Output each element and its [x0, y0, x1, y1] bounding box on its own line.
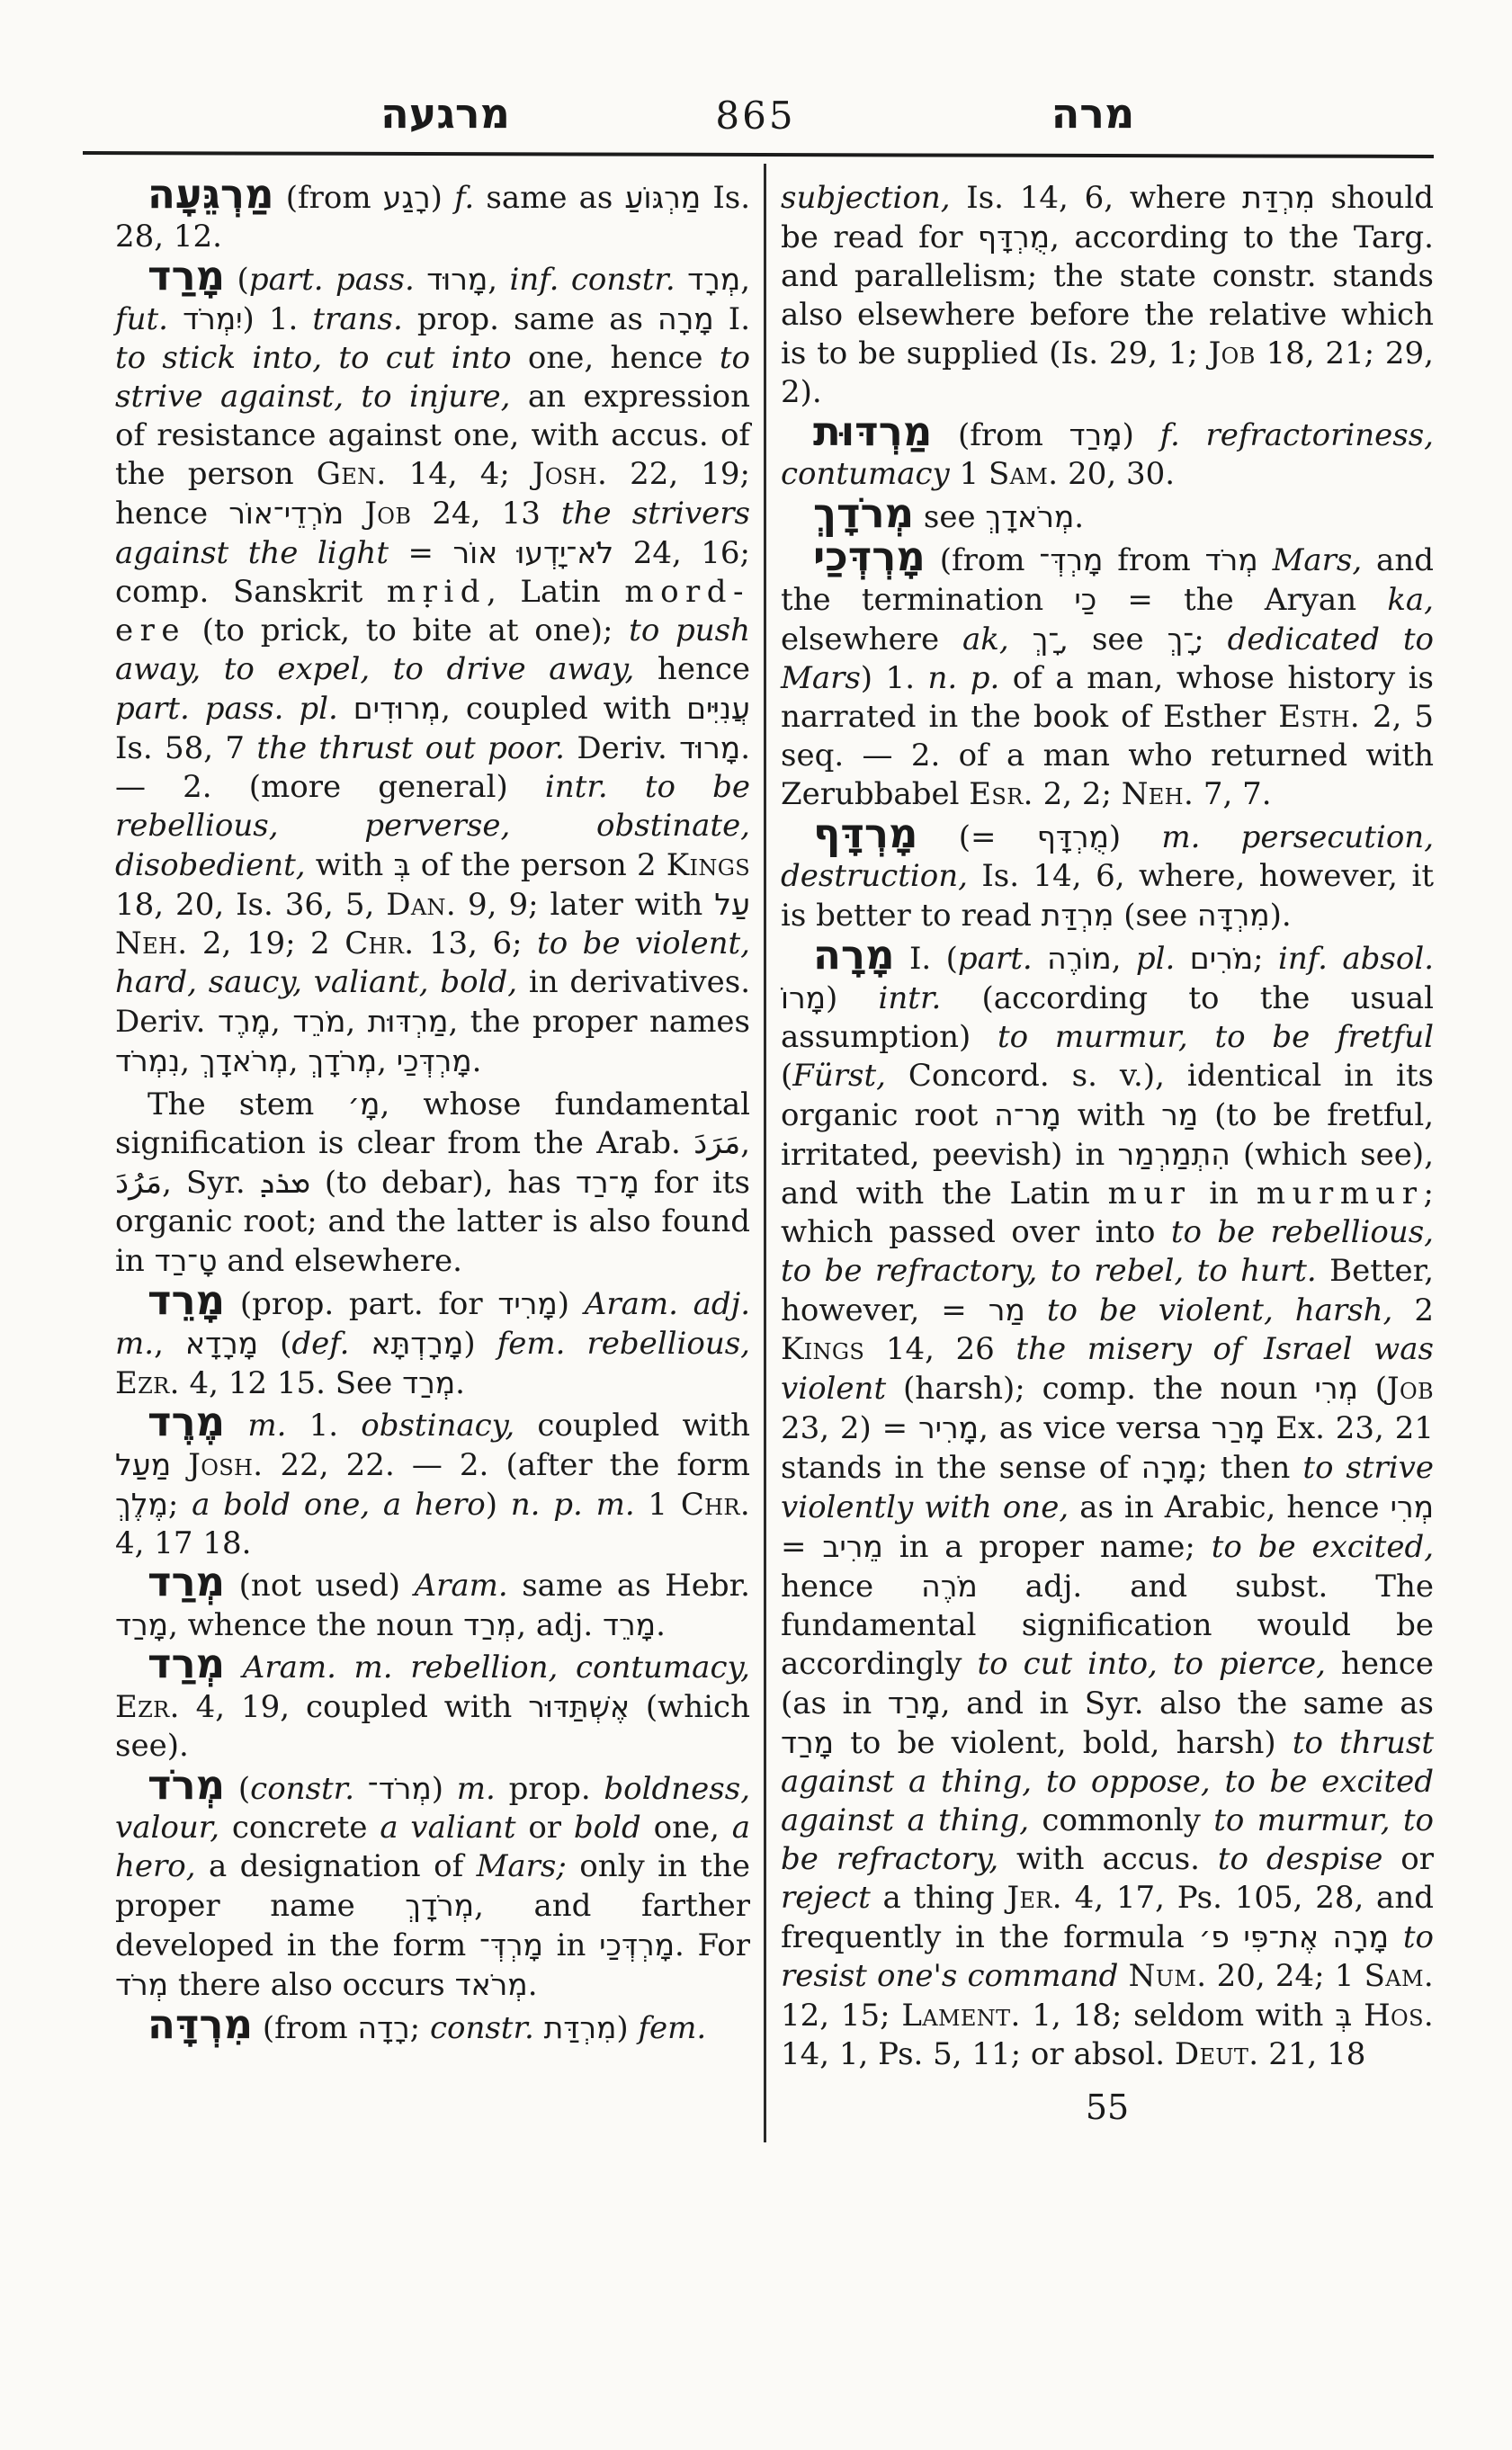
text-run: , as vice versa: [979, 1410, 1212, 1446]
left-column: מַרְגֵּעָה (from רָגַע) f. same as מַרְג…: [115, 178, 750, 2048]
header-catchword-right: מרה: [971, 90, 1214, 137]
text-run: , the proper names: [448, 1004, 750, 1040]
text-run: 1.: [286, 1408, 361, 1444]
text-run: ,: [180, 1043, 200, 1079]
hebrew-text: מֹרִים: [1190, 941, 1253, 976]
text-run: ): [1123, 417, 1160, 453]
headword-hebrew: מְרַד: [148, 1640, 225, 1687]
headword-hebrew: מַרְדּוּת: [813, 407, 932, 455]
hebrew-text: רָגַע: [383, 180, 431, 215]
spaced-text: mṛid: [387, 574, 487, 610]
text-run: 2, 2;: [1033, 776, 1122, 812]
text-run: , see: [1059, 621, 1167, 657]
text-run: ,: [154, 1326, 185, 1362]
text-run: , adj.: [516, 1607, 603, 1643]
hebrew-text: מְרֹאד: [455, 1967, 528, 2002]
right-column-text: subjection, Is. 14, 6, where מִרְדַּת sh…: [781, 178, 1434, 2074]
text-run: ): [432, 1771, 457, 1807]
entry-merad-aram-noun: מְרַד Aram. m. rebellion, contumacy, Ezr…: [115, 1649, 750, 1766]
spaced-text: mur: [1108, 1176, 1192, 1212]
text-run: ;: [1253, 941, 1278, 977]
italic-text: to despise: [1218, 1841, 1383, 1877]
italic-text: the thrust out poor.: [256, 730, 565, 766]
italic-text: Mars,: [1273, 542, 1363, 578]
text-run: commonly: [1029, 1802, 1213, 1838]
text-run: (from: [274, 180, 383, 216]
italic-text: reject: [781, 1880, 871, 1916]
hebrew-text: טָ־רַד: [155, 1243, 218, 1278]
text-run: 13, 6;: [414, 925, 537, 961]
text-run: (harsh); comp. the noun: [886, 1371, 1314, 1407]
text-run: (: [225, 262, 249, 298]
scripture-reference: Neh.: [115, 925, 187, 961]
text-run: from: [1103, 542, 1204, 578]
text-run: elsewhere: [781, 621, 962, 657]
text-run: same as: [474, 180, 624, 216]
text-run: hence: [781, 1569, 921, 1605]
italic-text: bold: [574, 1810, 641, 1846]
hebrew-text: הִתְמַרְמַר: [1118, 1137, 1230, 1172]
text-run: ) 1.: [243, 301, 313, 337]
hebrew-text: מִרְדַּת: [1242, 180, 1315, 215]
dictionary-page: מרגעה 865 מרה מַרְגֵּעָה (from רָגַע) f.…: [0, 0, 1512, 2450]
italic-text: subjection,: [781, 180, 951, 216]
italic-text: intr.: [879, 980, 942, 1016]
entry-marad-verb: מָרַד (part. pass. מָרוּד, inf. constr. …: [115, 260, 750, 1081]
text-run: in: [543, 1927, 599, 1963]
text-run: [675, 262, 687, 298]
text-run: [344, 496, 364, 532]
text-run: , coupled with: [441, 691, 686, 727]
italic-text: m.: [247, 1408, 286, 1444]
right-column: subjection, Is. 14, 6, where מִרְדַּת sh…: [781, 178, 1434, 2127]
text-run: or: [1382, 1841, 1434, 1877]
text-run: [1118, 1958, 1128, 1994]
hebrew-text: מָרַר: [1212, 1410, 1266, 1445]
text-run: ): [826, 980, 878, 1016]
entry-merod: מְרֹד (constr. מְרֹד־) m. prop. boldness…: [115, 1769, 750, 2005]
hebrew-text: מַר: [989, 1292, 1025, 1328]
text-run: 1: [635, 1487, 681, 1523]
text-run: 14, 26: [864, 1331, 1015, 1367]
italic-text: fem. rebellious,: [497, 1326, 750, 1362]
text-run: 2, 19; 2: [187, 925, 344, 961]
text-run: .: [528, 1967, 538, 2003]
text-run: to be violent, bold, harsh): [834, 1725, 1293, 1761]
hebrew-text: בְּ: [1335, 1998, 1352, 2033]
text-run: =: [781, 1529, 822, 1565]
text-run: [1175, 941, 1189, 977]
page-number: 865: [657, 94, 854, 139]
italic-text: obstinacy,: [361, 1408, 514, 1444]
text-run: 2: [1392, 1292, 1434, 1328]
text-run: (: [225, 1771, 250, 1807]
hebrew-text: בְּ: [393, 847, 410, 882]
hebrew-text: מֹרֵד: [292, 1004, 345, 1039]
entry-mordecai: מָרְדְּכַי (from מָרְדְּ־ from מְרֹד Mar…: [781, 541, 1434, 814]
text-run: ) 1.: [861, 660, 928, 696]
text-run: [225, 1408, 247, 1444]
italic-text: constr.: [250, 1771, 354, 1807]
hebrew-text: מְרֹד־: [368, 1771, 432, 1806]
text-run: coupled with: [514, 1408, 750, 1444]
headword-hebrew: מְרֹד: [148, 1761, 225, 1809]
headword-hebrew: מָרְדָּף: [813, 809, 917, 857]
hebrew-text: מָרְדְּכַי: [599, 1927, 675, 1963]
text-run: prop.: [496, 1771, 604, 1807]
headword-hebrew: מָרְדְּכַי: [813, 532, 926, 580]
text-run: =: [389, 535, 453, 571]
text-run: = the Aryan: [1096, 582, 1387, 618]
text-run: (: [781, 1058, 792, 1094]
entry-mordaph: מָרְדָּף (= מֻרְדָּף) m. persecution, de…: [781, 818, 1434, 935]
text-run: (from: [253, 2010, 357, 2046]
text-run: Is. 58, 7: [115, 730, 256, 766]
hebrew-text: מַעַל: [115, 1447, 171, 1482]
italic-text: n. p. m.: [511, 1487, 635, 1523]
text-run: (to debar), has: [310, 1165, 576, 1201]
text-run: 4, 17 18.: [115, 1525, 251, 1561]
entry-merad-aram-verb: מְרַד (not used) Aram. same as Hebr. מָר…: [115, 1567, 750, 1645]
syriac-text: ܡܪܕ: [260, 1165, 310, 1201]
text-run: .: [1074, 499, 1084, 535]
text-run: [1033, 941, 1047, 977]
text-run: ).: [1270, 898, 1292, 934]
text-run: 23, 2) =: [781, 1410, 918, 1446]
hebrew-text: מָרְדְּ־: [1039, 542, 1103, 577]
text-run: with: [1061, 1097, 1161, 1133]
hebrew-text: מְרַד: [463, 1607, 516, 1642]
text-run: concrete: [219, 1810, 380, 1846]
hebrew-text: מַר: [1161, 1097, 1198, 1132]
text-run: with accus.: [998, 1841, 1218, 1877]
hebrew-text: מְרֹד: [1205, 542, 1258, 577]
text-run: or: [516, 1810, 574, 1846]
headword-hebrew: מַרְגֵּעָה: [148, 170, 274, 218]
italic-text: fem.: [638, 2010, 706, 2046]
text-run: [1389, 1919, 1403, 1955]
text-run: (from: [926, 542, 1040, 578]
hebrew-text: מָרֵד: [603, 1607, 656, 1642]
text-run: [1009, 621, 1033, 657]
horizontal-rule: [83, 151, 1434, 158]
hebrew-text: מָרְדְּ־: [479, 1927, 543, 1963]
hebrew-text: מָרַד: [888, 1685, 941, 1721]
text-run: ,: [289, 1043, 309, 1079]
scripture-reference: Ezr.: [115, 1365, 180, 1401]
text-run: 9, 9; later with: [456, 887, 714, 923]
scripture-reference: Chr.: [344, 925, 414, 961]
text-run: (see: [1114, 898, 1197, 934]
italic-text: to be excited,: [1212, 1529, 1434, 1565]
scripture-reference: Hos.: [1364, 1998, 1434, 2034]
text-run: [534, 2010, 544, 2046]
entry-marduth: מַרְדּוּת (from מָרַד) f. refractoriness…: [781, 416, 1434, 494]
italic-text: Fürst,: [792, 1058, 886, 1094]
text-run: .: [455, 1365, 465, 1401]
italic-text: to cut into, to pierce,: [977, 1646, 1325, 1682]
scripture-reference: Deut.: [1175, 2036, 1259, 2072]
hebrew-text: מֹרְדֵי־אוֹר: [228, 496, 344, 531]
hebrew-text: מָ־רַד: [576, 1165, 640, 1200]
entry-mirdah: מִרְדָּה (from רָדָה; constr. מִרְדַּת) …: [115, 2008, 750, 2048]
text-run: , Syr.: [162, 1165, 259, 1201]
italic-text: trans.: [312, 301, 402, 337]
hebrew-text: מְרֹד: [115, 1967, 168, 2002]
text-run: 22, 22. — 2. (after the form: [263, 1447, 750, 1483]
text-run: 1, 18; seldom with: [1021, 1998, 1336, 2034]
hebrew-text: מָרָה אֶת־פִּי פ׳: [1199, 1919, 1390, 1954]
scripture-reference: Esr.: [969, 776, 1033, 812]
entry-mared-aram-adj: מָרֵד (prop. part. for מָרִיד) Aram. adj…: [115, 1284, 750, 1403]
hebrew-text: מָרִיד: [497, 1286, 557, 1321]
hebrew-text: מְרִי: [1391, 1489, 1434, 1525]
text-run: 20, 30.: [1058, 456, 1175, 492]
hebrew-text: מָרוֹ: [781, 980, 826, 1015]
text-run: a thing: [871, 1880, 1007, 1916]
headword-hebrew: מָרֵד: [148, 1276, 225, 1324]
text-run: 4, 12 15. See: [180, 1365, 402, 1401]
text-run: ;: [1194, 621, 1227, 657]
italic-text: part. pass. pl.: [115, 691, 338, 727]
text-run: 14, 4;: [387, 456, 532, 492]
text-run: same as Hebr.: [508, 1568, 750, 1604]
text-run: [1352, 1998, 1364, 2034]
text-run: ): [616, 2010, 638, 2046]
text-run: I. (: [895, 941, 958, 977]
italic-text: Aram. m. rebellion, contumacy,: [243, 1650, 750, 1685]
text-run: ): [463, 1326, 497, 1362]
text-run: 7, 7.: [1194, 776, 1272, 812]
text-run: I.: [714, 301, 750, 337]
scripture-reference: Job: [1387, 1371, 1434, 1407]
hebrew-text: מִרְדַּת: [1042, 898, 1114, 933]
italic-text: pl.: [1136, 941, 1175, 977]
text-run: with: [306, 847, 394, 883]
scripture-reference: Dan.: [386, 887, 456, 923]
text-run: in: [1191, 1176, 1256, 1212]
hebrew-text: מְרַד: [402, 1365, 455, 1400]
hebrew-text: מָר־ה: [994, 1097, 1061, 1132]
text-run: 18, 20, Is. 36, 5,: [115, 887, 386, 923]
hebrew-text: מָ׳: [347, 1086, 380, 1122]
italic-text: a valiant: [380, 1810, 515, 1846]
text-run: [349, 1326, 371, 1362]
hebrew-text: מֻרְדָּף: [1037, 819, 1109, 854]
text-run: [171, 1447, 188, 1483]
scripture-reference: Kings: [781, 1331, 864, 1367]
hebrew-text: יִמְרֹד: [183, 301, 242, 336]
text-run: ): [1109, 819, 1162, 855]
italic-text: constr.: [430, 2010, 534, 2046]
entry-mirdah-continuation: subjection, Is. 14, 6, where מִרְדַּת sh…: [781, 178, 1434, 412]
scripture-reference: Josh.: [188, 1447, 263, 1483]
signature-mark: 55: [781, 2088, 1434, 2127]
text-run: (: [1358, 1371, 1387, 1407]
hebrew-text: מָרִיר: [918, 1410, 979, 1445]
hebrew-text: מְרֹדָךְ: [308, 1043, 377, 1078]
text-run: (from: [932, 417, 1069, 453]
italic-text: part.: [958, 941, 1033, 977]
text-run: 14, 1, Ps. 5, 11; or absol.: [781, 2036, 1175, 2072]
scripture-reference: Job: [364, 496, 411, 532]
hebrew-text: מֶרֶד: [218, 1004, 271, 1039]
text-run: ): [431, 180, 454, 216]
headword-hebrew: מְרַד: [148, 1558, 225, 1605]
spaced-text: murmur: [1257, 1176, 1424, 1212]
text-run: ,: [488, 262, 509, 298]
hebrew-text: מְרֹאדָךְ: [985, 499, 1074, 534]
hebrew-text: מֹרֶה: [921, 1569, 978, 1604]
italic-text: n. p.: [928, 660, 1000, 696]
text-run: (=: [917, 819, 1036, 855]
headword-hebrew: מֶרֶד: [148, 1398, 225, 1445]
text-run: ,: [1112, 941, 1136, 977]
text-run: ,: [271, 1004, 292, 1040]
italic-text: Aram.: [415, 1568, 508, 1604]
hebrew-text: מְרֹאדָךְ: [200, 1043, 289, 1078]
headword-hebrew: מָרַד: [148, 252, 225, 300]
text-run: [168, 301, 183, 337]
hebrew-text: ־ָךְ: [1168, 621, 1194, 657]
italic-text: to murmur, to be fretful: [998, 1019, 1434, 1055]
scripture-reference: Neh.: [1122, 776, 1194, 812]
left-column-text: מַרְגֵּעָה (from רָגַע) f. same as מַרְג…: [115, 178, 750, 2048]
text-run: [415, 262, 426, 298]
hebrew-text: מָרָה: [1141, 1450, 1198, 1485]
hebrew-text: מַרְדּוּת: [368, 1004, 449, 1039]
text-run: . For: [675, 1927, 750, 1963]
scripture-reference: Gen.: [317, 456, 387, 492]
italic-text: fut.: [115, 301, 168, 337]
text-run: 20, 24; 1: [1206, 1958, 1364, 1994]
header-catchword-left: מרגעה: [324, 90, 567, 137]
entry-merodach-crossref: מְרֹדָךְ see מְרֹאדָךְ.: [781, 497, 1434, 537]
arabic-text: مَرُدَ: [115, 1165, 162, 1201]
text-run: .: [656, 1607, 666, 1643]
hebrew-text: מָרָה: [658, 301, 714, 336]
text-run: The stem: [148, 1086, 347, 1122]
text-run: one,: [641, 1810, 732, 1846]
text-run: [1258, 542, 1273, 578]
entry-margeah: מַרְגֵּעָה (from רָגַע) f. same as מַרְג…: [115, 178, 750, 256]
hebrew-text: מְרוּדִים: [353, 691, 441, 726]
scripture-reference: Job: [1209, 335, 1256, 371]
italic-text: part. pass.: [249, 262, 415, 298]
hebrew-text: מְרִי: [1314, 1371, 1357, 1406]
hebrew-text: רָדָה: [357, 2010, 409, 2045]
italic-text: Mars;: [477, 1848, 567, 1884]
hebrew-text: מָרְדְּכַי: [397, 1043, 472, 1078]
hebrew-text: מֵרִיב: [822, 1529, 883, 1564]
text-run: 21, 18: [1258, 2036, 1365, 2072]
text-run: Is. 14, 6, where: [951, 180, 1243, 216]
text-run: see: [914, 499, 985, 535]
hebrew-text: מֶלֶךְ: [115, 1487, 168, 1522]
text-run: ,: [740, 262, 750, 298]
scripture-reference: Ezr.: [115, 1689, 180, 1725]
text-run: in a proper name;: [883, 1529, 1212, 1565]
hebrew-text: מִרְדָּה: [1197, 898, 1270, 933]
text-run: one, hence: [512, 340, 720, 376]
scripture-reference: Josh.: [532, 456, 607, 492]
hebrew-text: מָרָדָא: [185, 1326, 258, 1361]
text-run: prop. same as: [403, 301, 658, 337]
text-run: (prop. part. for: [225, 1286, 497, 1322]
scripture-reference: Esth.: [1278, 699, 1360, 735]
text-run: [1025, 1292, 1047, 1328]
entry-mered-noun: מֶרֶד m. 1. obstinacy, coupled with מַעַ…: [115, 1407, 750, 1563]
column-divider: [764, 164, 766, 2142]
hebrew-text: אֶשְׁתַּדּוּר: [528, 1689, 630, 1724]
hebrew-text: מָרַד: [115, 1607, 168, 1642]
text-run: there also occurs: [168, 1967, 455, 2003]
hebrew-text: עַל: [714, 887, 750, 922]
scripture-reference: Kings: [667, 847, 750, 883]
text-run: as in Arabic, hence: [1069, 1489, 1390, 1525]
hebrew-text: מִרְדַּת: [544, 2010, 617, 2045]
text-run: Deriv.: [565, 730, 679, 766]
text-run: 12, 15;: [781, 1998, 901, 2034]
text-run: , whence the noun: [168, 1607, 463, 1643]
text-run: (not used): [225, 1568, 414, 1604]
hebrew-text: מֻרְדָּף: [978, 219, 1050, 255]
text-run: ,: [345, 1004, 367, 1040]
hebrew-text: מָרַד: [781, 1725, 834, 1760]
scripture-reference: Lament.: [901, 1998, 1020, 2034]
headword-hebrew: מְרֹדָךְ: [813, 489, 914, 537]
scripture-reference: Sam.: [1364, 1958, 1434, 1994]
hebrew-text: מְרֹדָךְ: [405, 1888, 474, 1923]
headword-hebrew: מָרָה: [813, 931, 895, 979]
hebrew-text: ־ָךְ: [1033, 621, 1060, 657]
hebrew-text: כַי: [1074, 582, 1096, 617]
text-run: a designation of: [196, 1848, 477, 1884]
hebrew-text: מָרוּד: [679, 730, 740, 765]
text-run: , and in Syr. also the same as: [941, 1685, 1434, 1721]
text-run: .: [472, 1043, 482, 1079]
text-run: 1: [950, 456, 989, 492]
hebrew-text: נִמְרֹד: [115, 1043, 180, 1078]
hebrew-text: לֹא־יָדְעוּ אוֹר: [453, 535, 614, 570]
italic-text: to stick into, to cut into: [115, 340, 512, 376]
stem-note: The stem מָ׳, whose fundamental signific…: [115, 1085, 750, 1281]
italic-text: m.: [457, 1771, 496, 1807]
italic-text: ka,: [1387, 582, 1434, 618]
scripture-reference: Num.: [1129, 1958, 1207, 1994]
text-run: ;: [168, 1487, 192, 1523]
italic-text: def.: [291, 1326, 349, 1362]
text-run: [354, 1771, 368, 1807]
text-run: hence: [634, 651, 750, 687]
entry-marah-verb: מָרָה I. (part. מוֹרֶה, pl. מֹרִים; inf.…: [781, 939, 1434, 2074]
text-run: ): [558, 1286, 585, 1322]
hebrew-text: מוֹרֶה: [1047, 941, 1112, 976]
text-run: and elsewhere.: [218, 1243, 462, 1279]
hebrew-text: מְרָד: [687, 262, 740, 297]
text-run: of the person 2: [411, 847, 667, 883]
text-run: ): [486, 1487, 511, 1523]
italic-text: inf. absol.: [1278, 941, 1434, 977]
hebrew-text: מַרְגּוֹעַ: [625, 180, 702, 215]
italic-text: f.: [454, 180, 474, 216]
italic-text: a bold one, a hero: [192, 1487, 486, 1523]
text-run: ;: [410, 2010, 430, 2046]
text-run: ,: [740, 1125, 750, 1161]
text-run: 24, 13: [411, 496, 561, 532]
scripture-reference: Sam.: [989, 456, 1058, 492]
text-run: (: [258, 1326, 291, 1362]
